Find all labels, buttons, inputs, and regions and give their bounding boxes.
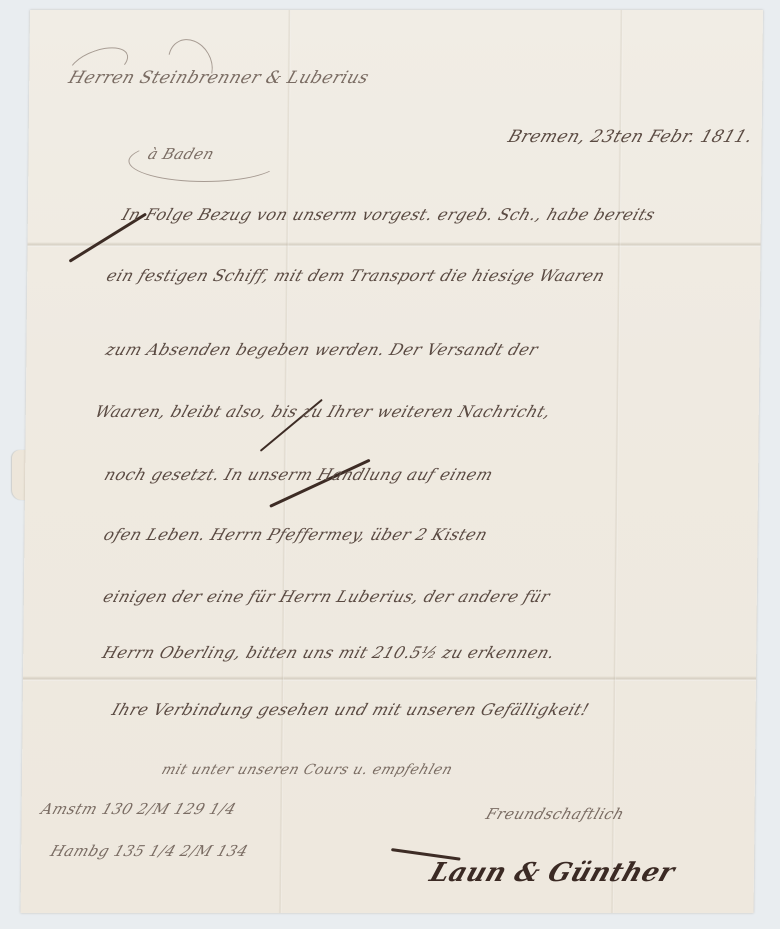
letter-paper: Herren Steinbrenner & Luberius à Baden B… bbox=[21, 10, 763, 913]
address-line-2: à Baden bbox=[145, 145, 216, 163]
body-line: In Folge Bezug von unserm vorgest. ergeb… bbox=[120, 205, 658, 224]
valediction: Freundschaftlich bbox=[484, 805, 627, 823]
body-line: ein festigen Schiff, mit dem Transport d… bbox=[104, 266, 608, 285]
fold-line-horizontal bbox=[23, 676, 756, 681]
body-line: ofen Leben. Herrn Pfeffermey, über 2 Kis… bbox=[101, 525, 490, 544]
dateline: Bremen, 23ten Febr. 1811. bbox=[505, 127, 755, 147]
body-line: noch gesetzt. In unserm Handlung auf ein… bbox=[102, 465, 496, 484]
body-line: zum Absenden begeben werden. Der Versand… bbox=[103, 340, 541, 359]
signature: Laun & Günther bbox=[426, 858, 679, 888]
body-line: Ihre Verbindung gesehen und mit unseren … bbox=[109, 700, 591, 719]
body-line: einigen der eine für Herrn Luberius, der… bbox=[101, 587, 553, 606]
body-line: Herrn Oberling, bitten uns mit 210.5½ zu… bbox=[100, 643, 558, 662]
address-line-1: Herren Steinbrenner & Luberius bbox=[66, 68, 372, 88]
fold-line-horizontal bbox=[28, 242, 761, 247]
closing-line: mit unter unseren Cours u. empfehlen bbox=[159, 762, 454, 778]
exchange-rate-hamburg: Hambg 135 1/4 2/M 134 bbox=[48, 842, 250, 860]
exchange-rate-amsterdam: Amstm 130 2/M 129 1/4 bbox=[39, 800, 239, 818]
body-line: Waaren, bleibt also, bis zu Ihrer weiter… bbox=[93, 402, 554, 421]
